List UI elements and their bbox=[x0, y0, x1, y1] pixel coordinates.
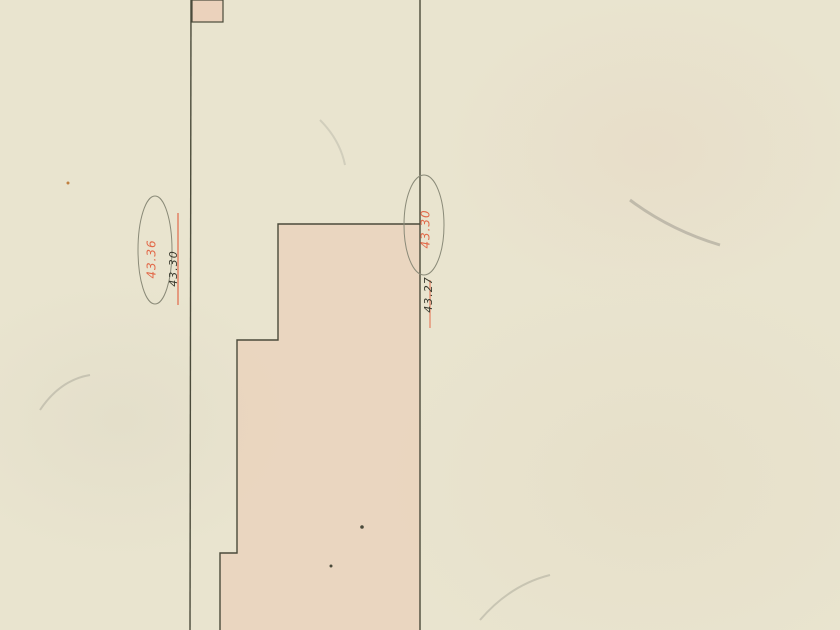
left-boundary-line bbox=[190, 0, 191, 630]
right-red-elevation: 43.30 bbox=[419, 209, 433, 248]
survey-drawing bbox=[0, 0, 840, 630]
right-black-elevation: 43.27 bbox=[422, 276, 435, 313]
smudge bbox=[480, 575, 550, 620]
smudge bbox=[320, 120, 345, 165]
top-small-parcel bbox=[192, 0, 223, 22]
shaded-parcel bbox=[220, 224, 420, 630]
smudge bbox=[630, 200, 720, 245]
smudge bbox=[40, 375, 90, 410]
left-red-elevation: 43.36 bbox=[145, 239, 159, 278]
left-black-elevation: 43.30 bbox=[167, 250, 180, 287]
